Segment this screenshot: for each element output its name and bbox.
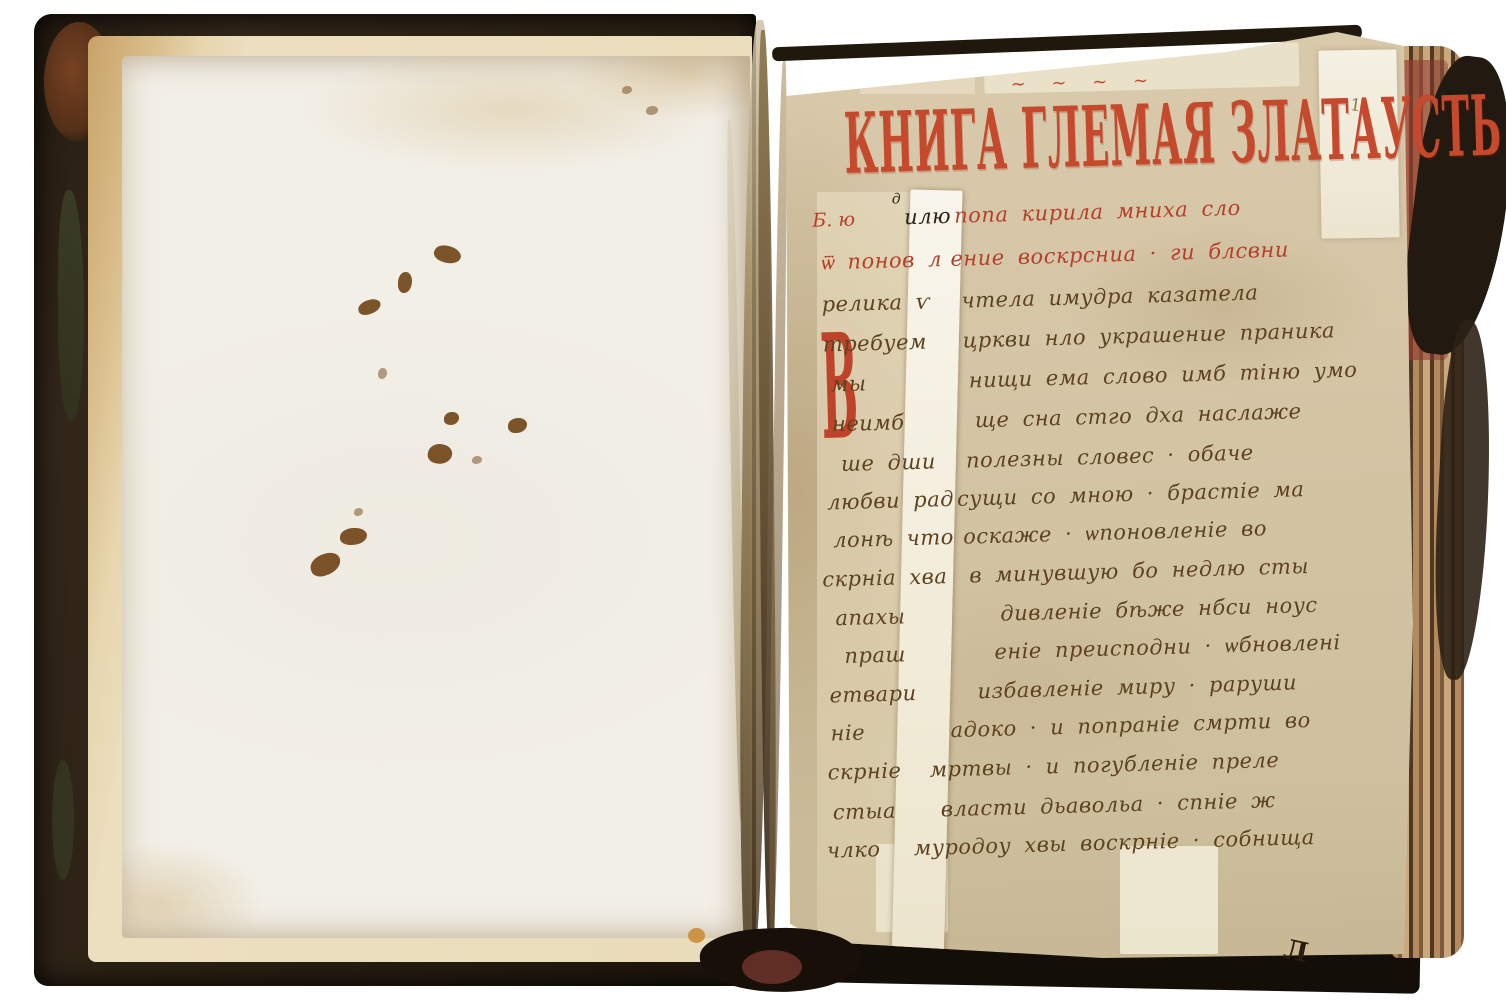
ink-stain [622,86,632,94]
ink-stain [357,297,383,316]
wax-stain [688,928,705,943]
ink-stain [308,550,344,580]
line-frag: неимб [832,410,905,436]
manuscript-book: 1. ∼ ∼ ∼ ∼ КНИГА ГЛЕМАЯ ЗЛАТАУСТЬ В Б. ю… [0,0,1506,1000]
vyaz-title: КНИГА ГЛЕМАЯ ЗЛАТАУСТЬ В [843,77,1506,194]
ink-stain [340,528,367,545]
gutter-bottom-red-fleck [742,950,802,984]
ink-stain [354,508,363,516]
line-frag: требуем [822,330,927,357]
line-main: дивленіе бѣже нбси ноус [1000,593,1318,626]
ink-stain [472,456,482,464]
line-main: ение воскрсниа · ги блсвни [950,237,1289,270]
ink-stain [426,442,454,467]
line-frag: мы [831,371,867,396]
ink-stain [378,368,387,379]
line-frag: лонѣ что [833,525,954,552]
line-frag: релика ѵ [821,290,930,317]
line-frag: любви рад [827,487,954,515]
ink-stain [646,106,658,115]
line-frag: ѿ понов л [820,247,942,275]
line-frag: илю [904,204,952,229]
line-frag: праш [844,642,906,668]
line-main: цркви нло украшение праника [962,318,1335,352]
line-frag: ше дши [841,449,936,476]
moss-patch [52,760,74,880]
strip-superscript: д [892,191,902,207]
line-frag: члко [827,837,881,862]
line-frag: стыа [832,799,896,825]
right-page-text: ∼ ∼ ∼ ∼ КНИГА ГЛЕМАЯ ЗЛАТАУСТЬ В Б. ю В … [759,15,1430,971]
line-main: власти дьавольа · спніе ж [940,788,1275,821]
ink-stain [508,418,527,433]
ink-stain [432,242,463,267]
left-page-blank [122,56,750,938]
line-main: ще сна стго дха наслаже [975,399,1302,432]
line-main: избавленіе миру · раруши [977,670,1297,703]
line-main: полезны словес · обаче [966,441,1254,473]
line-main: попа кирила мниха сло [954,196,1241,228]
ink-stain [398,272,412,293]
line-frag: ніе [830,721,865,746]
line-frag: скрніе [827,759,901,785]
line-frag: скрніа хва [822,564,948,591]
line-main: чтела имудра казатела [961,280,1258,312]
ink-stain [444,412,459,425]
line-frag: етвари [829,681,917,707]
line-frag: апахы [835,604,906,630]
